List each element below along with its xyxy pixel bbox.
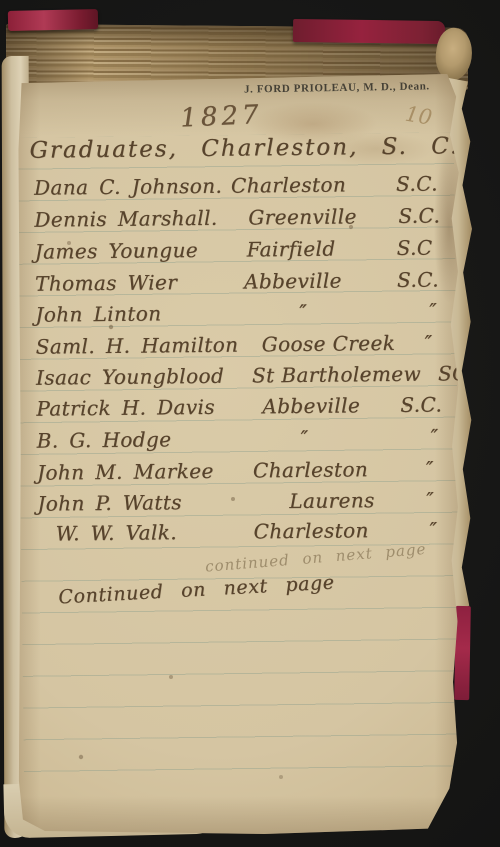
register-row: Saml. H. Hamilton Goose Creek ″ [18,330,466,365]
entry-place: Abbeville [244,268,342,293]
register-heading: Graduates, Charleston, S. C., [29,133,468,164]
entry-name: Thomas Wier [35,270,177,295]
entry-state: S.C. [398,203,440,227]
entry-name: Dana C. Johnson. [34,174,222,200]
binding-strip-left [8,9,98,31]
entry-place-ditto: ″ [299,300,307,324]
entry-name: Patrick H. Davis [36,395,215,421]
entry-state-ditto: ″ [426,488,434,512]
entry-name: Isaac Youngblood [36,364,224,390]
entry-place: Charleston [253,457,368,482]
entry-place: Abbeville [262,393,360,418]
entry-place: Greenville [248,204,357,229]
entry-state: S.C. [396,171,438,195]
entry-name: John Linton [35,301,161,326]
entry-name: John M. Markee [37,459,214,485]
year-heading: 1827 [180,100,263,134]
entry-place: St Bartholemew [252,362,421,388]
entry-state: S.C. [400,392,442,416]
entry-name: Dennis Marshall. [34,206,217,232]
entry-state: S.C. [397,267,439,291]
register-row: James Youngue Fairfield S.C [17,235,465,270]
register-row: Dennis Marshall. Greenville S.C. [16,203,464,238]
entry-state-ditto: ″ [426,457,434,481]
entry-place: Charleston [253,518,368,543]
entry-state: S.C [397,236,433,260]
book-photo: J. FORD PRIOLEAU, M. D., Dean. 1827 10 G… [0,0,500,847]
register-row: Dana C. Johnson. Charleston S.C. [16,171,464,206]
register-row: John M. Markee Charleston ″ [19,456,467,491]
binding-strip-right [293,19,445,44]
entry-name: Saml. H. Hamilton [36,333,239,359]
register-row: Isaac Youngblood St Bartholemew SC [18,361,466,396]
entry-name: W. W. Valk. [55,520,177,545]
ledger-page: J. FORD PRIOLEAU, M. D., Dean. 1827 10 G… [18,74,466,834]
entry-name: James Youngue [35,238,199,264]
entry-place: Laurens [289,488,375,513]
entry-state-ditto: ″ [429,298,437,322]
continuation-note: Continued on next page [58,572,335,609]
entry-state-ditto: ″ [425,331,433,355]
entry-state-ditto: ″ [429,517,437,541]
entry-place: Charleston [231,172,346,197]
register-row: Thomas Wier Abbeville S.C. [17,267,465,302]
register-row: John P. Watts Laurens ″ [19,487,467,522]
register-row: Patrick H. Davis Abbeville S.C. [18,392,466,427]
entry-name: B. G. Hodge [37,427,172,452]
entry-place-ditto: ″ [301,426,309,450]
entry-place: Fairfield [247,237,336,262]
entry-state-ditto: ″ [431,424,439,448]
entry-place: Goose Creek [262,331,396,356]
entry-name: John P. Watts [37,490,182,516]
register-entries: 1827 10 Graduates, Charleston, S. C., Da… [15,71,471,836]
register-row: John Linton ″ ″ [17,298,465,333]
register-row: B. G. Hodge ″ ″ [19,424,467,459]
page-number: 10 [403,102,433,130]
